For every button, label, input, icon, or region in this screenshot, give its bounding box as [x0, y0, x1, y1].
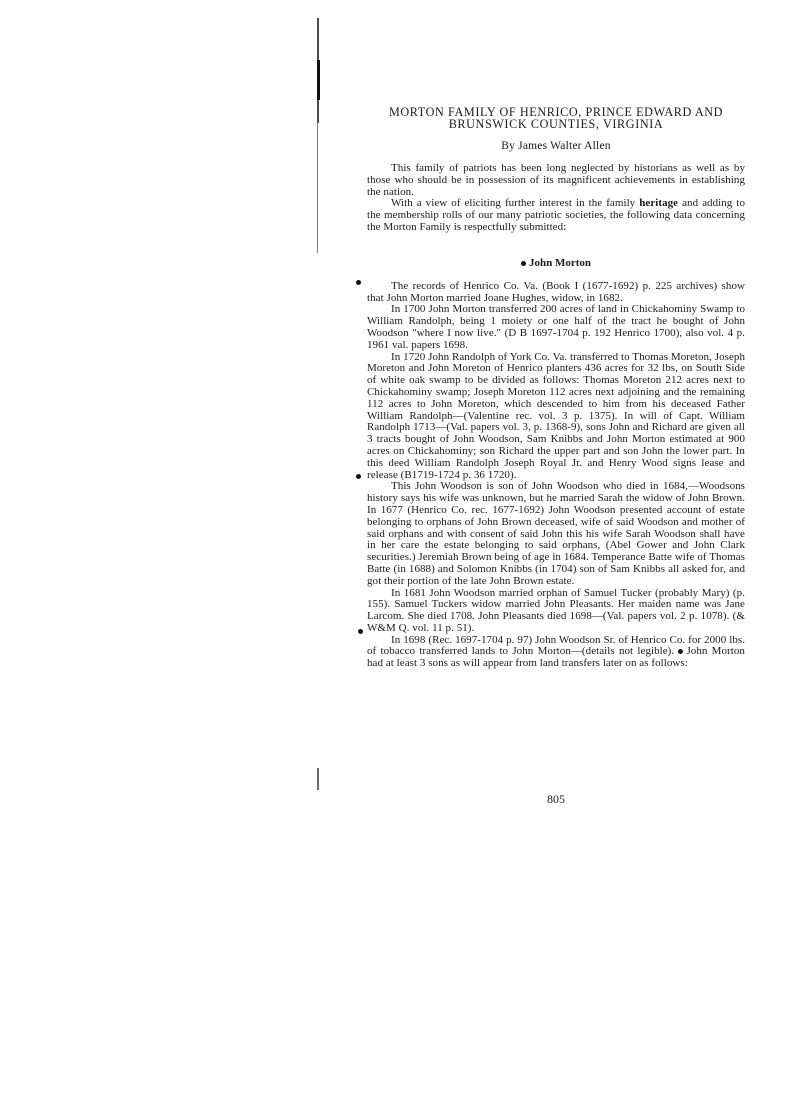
body-paragraph: In 1700 John Morton transferred 200 acre… — [367, 304, 745, 351]
intro-paragraph: With a view of eliciting further interes… — [367, 198, 745, 233]
section-heading-text: John Morton — [529, 257, 591, 269]
body-paragraph: In 1698 (Rec. 1697-1704 p. 97) John Wood… — [367, 635, 745, 670]
author-byline: By James Walter Allen — [367, 140, 745, 152]
margin-bullet-icon — [358, 629, 363, 634]
scan-edge-mark — [317, 123, 318, 253]
body-paragraph: In 1681 John Woodson married orphan of S… — [367, 588, 745, 635]
intro-paragraph: This family of patriots has been long ne… — [367, 163, 745, 198]
body-paragraph: The records of Henrico Co. Va. (Book I (… — [367, 281, 745, 305]
title-line-2: BRUNSWICK COUNTIES, VIRGINIA — [449, 117, 664, 131]
page-number: 805 — [367, 792, 745, 807]
margin-bullet-icon — [356, 280, 361, 285]
body-paragraph: In 1720 John Randolph of York Co. Va. tr… — [367, 352, 745, 482]
bullet-mark-icon — [678, 649, 683, 654]
article-title: MORTON FAMILY OF HENRICO, PRINCE EDWARD … — [367, 106, 745, 130]
emphasized-word: heritage — [639, 197, 678, 209]
scan-edge-mark — [317, 768, 319, 790]
section-heading: John Morton — [367, 257, 745, 269]
margin-bullet-icon — [356, 474, 361, 479]
scan-edge-mark — [317, 60, 320, 100]
document-page: MORTON FAMILY OF HENRICO, PRINCE EDWARD … — [367, 106, 745, 670]
bullet-mark-icon — [521, 261, 526, 266]
body-paragraph: This John Woodson is son of John Woodson… — [367, 481, 745, 587]
